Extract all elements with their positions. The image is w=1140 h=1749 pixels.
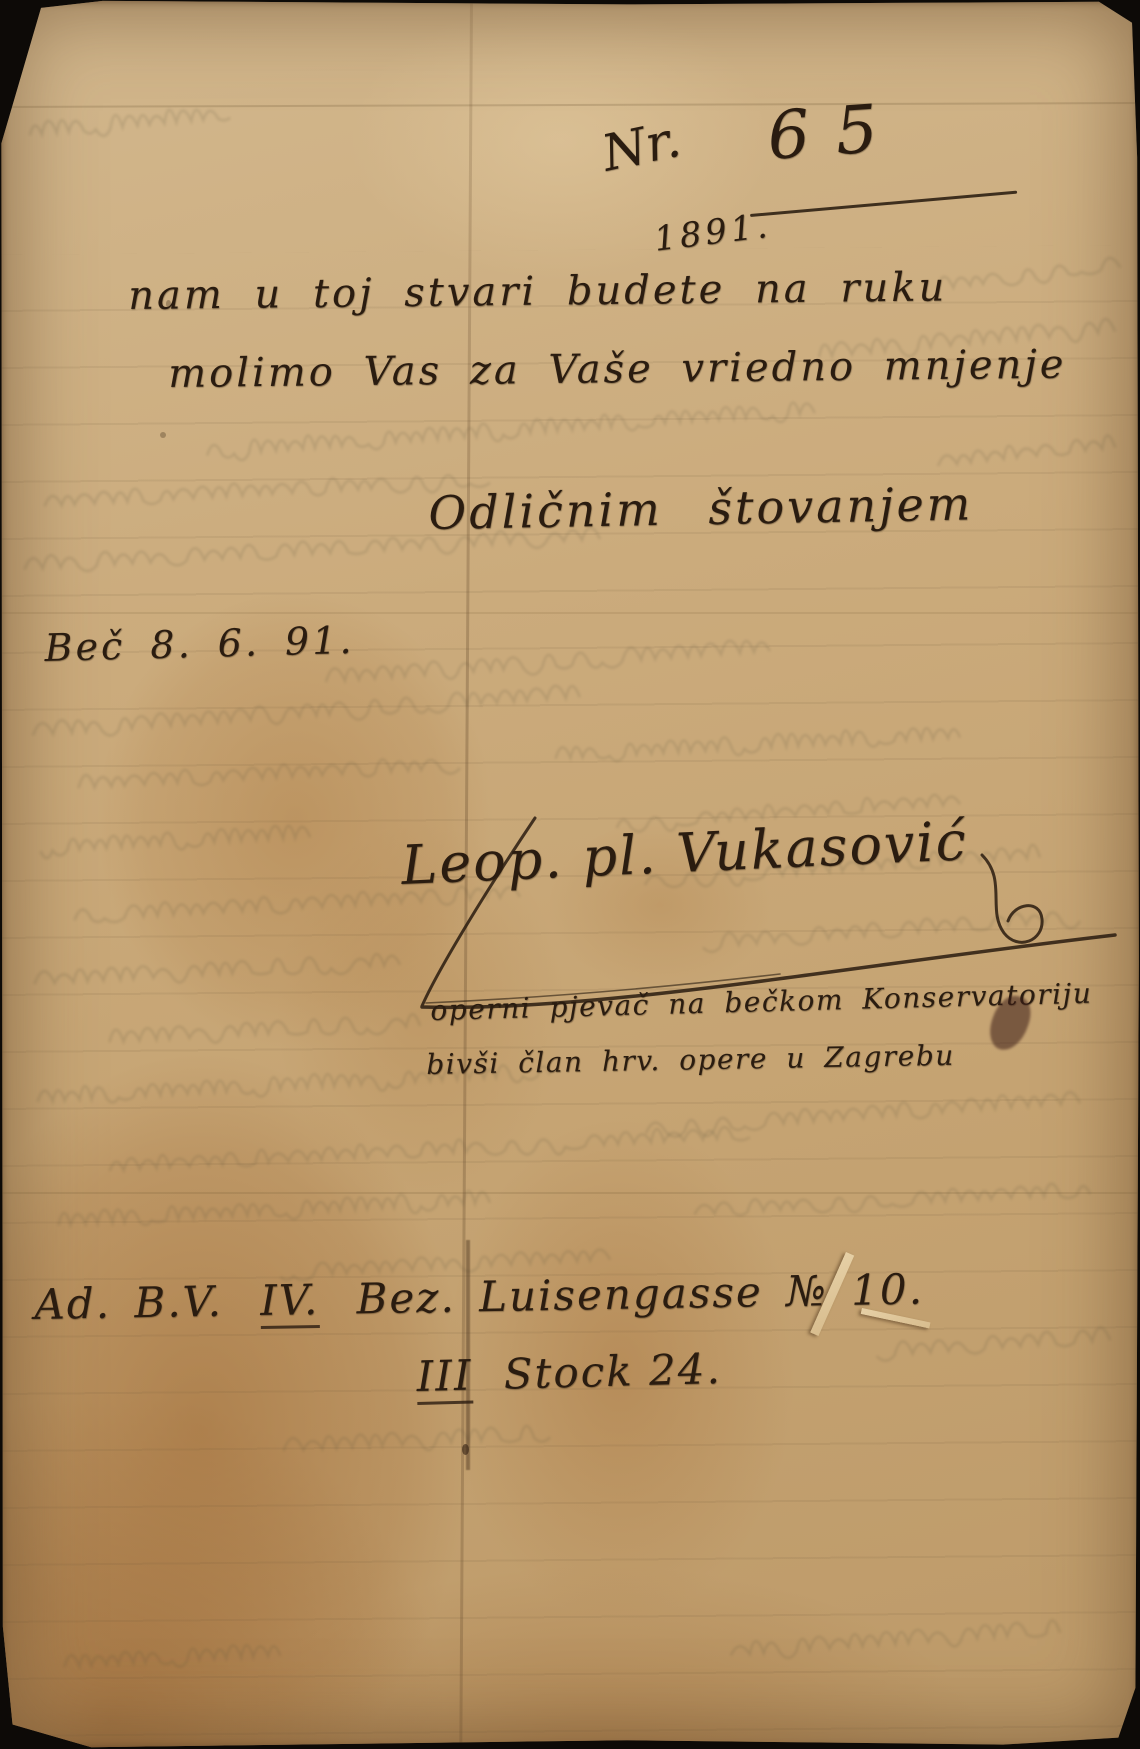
address-prefix: Ad. B.V. — [34, 1277, 223, 1329]
body-line-1: nam u toj stvari budete na ruku — [128, 264, 947, 319]
letter-page: Nr. 65 1891. nam u toj stvari budete na … — [0, 0, 1140, 1749]
fold-crease-horizontal-middle — [0, 612, 1140, 614]
body-line-2: molimo Vas za Vaše vriedno mnjenje — [168, 342, 1067, 397]
bleedthrough-squiggle — [39, 92, 232, 148]
paper-speck — [160, 432, 166, 438]
document-number: 65 — [765, 89, 906, 175]
closing-salutation: Odličnim štovanjem — [428, 476, 974, 540]
letter-photo: Nr. 65 1891. nam u toj stvari budete na … — [0, 0, 1140, 1749]
address-district: IV. — [260, 1275, 320, 1329]
fold-crease-horizontal-lower — [0, 1192, 1140, 1194]
address-line-2: III Stock 24. — [416, 1344, 722, 1401]
address-floor-roman: III — [416, 1351, 473, 1405]
paper-speck — [166, 300, 171, 308]
ink-speck-fold — [462, 1444, 469, 1455]
dateline: Beč 8. 6. 91. — [44, 618, 355, 670]
address-floor-rest: Stock 24. — [503, 1344, 722, 1399]
